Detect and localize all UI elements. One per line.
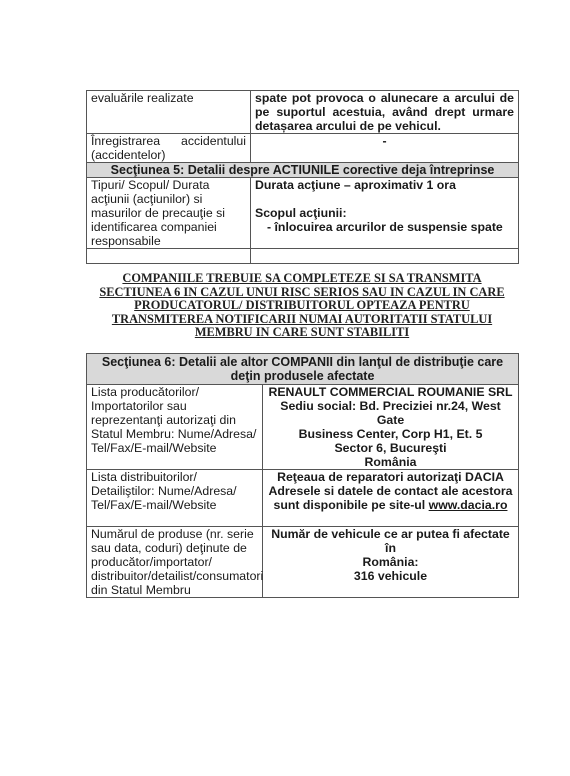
- table-row: Înregistrarea accidentului (accidentelor…: [87, 134, 519, 163]
- row-label: Numărul de produse (nr. serie sau data, …: [87, 527, 263, 598]
- address-line: Sediu social: Bd. Preciziei nr.24, West …: [267, 399, 514, 427]
- table-row: Tipuri/ Scopul/ Durata acţiunii (acţiuni…: [87, 178, 519, 249]
- section-6-notice: COMPANIILE TREBUIE SA COMPLETEZE SI SA T…: [86, 272, 518, 340]
- dacia-website-link[interactable]: www.dacia.ro: [429, 498, 508, 512]
- table-row: Lista producătorilor/ Importatorilor sau…: [87, 385, 519, 470]
- distributor-line-prefix: sunt disponibile pe site-ul: [274, 498, 429, 512]
- row-label: Lista distribuitorilor/ Detailiştilor: N…: [87, 470, 263, 527]
- empty-cell: [251, 249, 519, 264]
- section-header-row: Secţiunea 5: Detalii despre ACTIUNILE co…: [87, 163, 519, 178]
- distributor-line: Reţeaua de reparatori autorizaţi DACIA: [267, 470, 514, 484]
- address-line: Sector 6, Bucureşti: [267, 441, 514, 455]
- address-line: Business Center, Corp H1, Et. 5: [267, 427, 514, 441]
- company-name: RENAULT COMMERCIAL ROUMANIE SRL: [267, 385, 514, 399]
- section-4-5-table: evaluările realizate spate pot provoca o…: [86, 90, 519, 264]
- vehicle-count: 316 vehicule: [267, 569, 514, 583]
- empty-cell: [87, 249, 251, 264]
- action-duration: Durata acţiune – aproximativ 1 ora: [255, 178, 514, 192]
- distributor-line: sunt disponibile pe site-ul www.dacia.ro: [267, 498, 514, 512]
- distributors-value: Reţeaua de reparatori autorizaţi DACIA A…: [263, 470, 519, 527]
- accident-record-value: -: [251, 134, 519, 163]
- distributor-line: Adresele si datele de contact ale acesto…: [267, 484, 514, 498]
- row-label: evaluările realizate: [87, 91, 251, 134]
- action-scope-title: Scopul acţiunii:: [255, 206, 514, 220]
- assessment-value: spate pot provoca o alunecare a arcului …: [251, 91, 519, 134]
- product-count-value: Număr de vehicule ce ar putea fi afectat…: [263, 527, 519, 598]
- manufacturer-value: RENAULT COMMERCIAL ROUMANIE SRL Sediu so…: [263, 385, 519, 470]
- section-header-row: Secţiunea 6: Detalii ale altor COMPANII …: [87, 354, 519, 385]
- section-6-table: Secţiunea 6: Detalii ale altor COMPANII …: [86, 353, 519, 598]
- row-label: Înregistrarea accidentului (accidentelor…: [87, 134, 251, 163]
- corrective-action-value: Durata acţiune – aproximativ 1 ora Scopu…: [251, 178, 519, 249]
- section-5-header: Secţiunea 5: Detalii despre ACTIUNILE co…: [87, 163, 519, 178]
- table-row: Numărul de produse (nr. serie sau data, …: [87, 527, 519, 598]
- count-line: Număr de vehicule ce ar putea fi afectat…: [267, 527, 514, 555]
- section-6-header: Secţiunea 6: Detalii ale altor COMPANII …: [87, 354, 519, 385]
- empty-row: [87, 249, 519, 264]
- address-line: România: [267, 455, 514, 469]
- table-row: Lista distribuitorilor/ Detailiştilor: N…: [87, 470, 519, 527]
- row-label: Lista producătorilor/ Importatorilor sau…: [87, 385, 263, 470]
- action-scope-item: - înlocuirea arcurilor de suspensie spat…: [255, 220, 514, 234]
- table-row: evaluările realizate spate pot provoca o…: [87, 91, 519, 134]
- count-line: România:: [267, 555, 514, 569]
- row-label: Tipuri/ Scopul/ Durata acţiunii (acţiuni…: [87, 178, 251, 249]
